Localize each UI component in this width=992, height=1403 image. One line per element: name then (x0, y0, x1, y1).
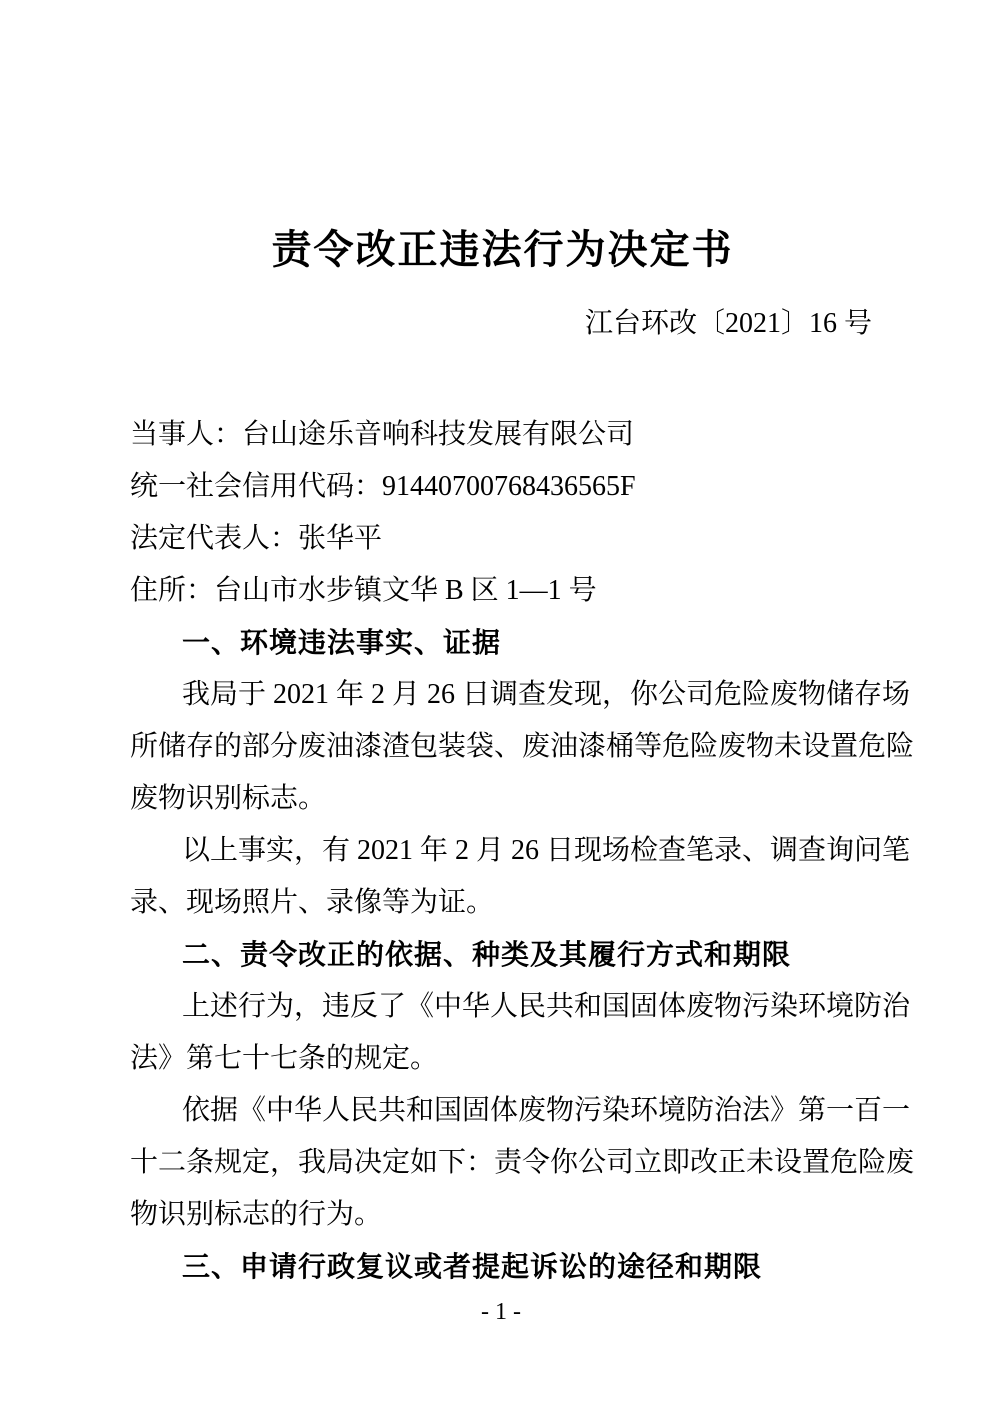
paragraph-2-line-2: 录、现场照片、录像等为证。 (130, 877, 877, 929)
paragraph-4-line-1: 依据《中华人民共和国固体废物污染环境防治法》第一百一 (130, 1085, 877, 1137)
page-number: - 1 - (130, 1297, 872, 1327)
paragraph-2-line-1: 以上事实，有 2021 年 2 月 26 日现场检查笔录、调查询问笔 (130, 825, 877, 877)
party-name-line: 当事人：台山途乐音响科技发展有限公司 (130, 409, 877, 461)
document-body: 当事人：台山途乐音响科技发展有限公司 统一社会信用代码：914407007684… (130, 409, 877, 1293)
paragraph-4-line-2: 十二条规定，我局决定如下：责令你公司立即改正未设置危险废 (130, 1137, 877, 1189)
paragraph-4-line-3: 物识别标志的行为。 (130, 1189, 877, 1241)
document-number: 江台环改〔2021〕16 号 (130, 306, 872, 342)
section-2-heading: 二、责令改正的依据、种类及其履行方式和期限 (130, 929, 877, 981)
paragraph-3-line-2: 法》第七十七条的规定。 (130, 1033, 877, 1085)
credit-code-line: 统一社会信用代码：91440700768436565F (130, 461, 877, 513)
section-3-heading: 三、申请行政复议或者提起诉讼的途径和期限 (130, 1241, 877, 1293)
document-page: 责令改正违法行为决定书 江台环改〔2021〕16 号 当事人：台山途乐音响科技发… (0, 0, 992, 1403)
paragraph-3-line-1: 上述行为，违反了《中华人民共和国固体废物污染环境防治 (130, 981, 877, 1033)
legal-representative-line: 法定代表人：张华平 (130, 513, 877, 565)
section-1-heading: 一、环境违法事实、证据 (130, 617, 877, 669)
paragraph-1-line-3: 废物识别标志。 (130, 773, 877, 825)
paragraph-1-line-2: 所储存的部分废油漆渣包装袋、废油漆桶等危险废物未设置危险 (130, 721, 877, 773)
paragraph-1-line-1: 我局于 2021 年 2 月 26 日调查发现，你公司危险废物储存场 (130, 669, 877, 721)
document-title: 责令改正违法行为决定书 (130, 227, 875, 273)
address-line: 住所：台山市水步镇文华 B 区 1—1 号 (130, 565, 877, 617)
